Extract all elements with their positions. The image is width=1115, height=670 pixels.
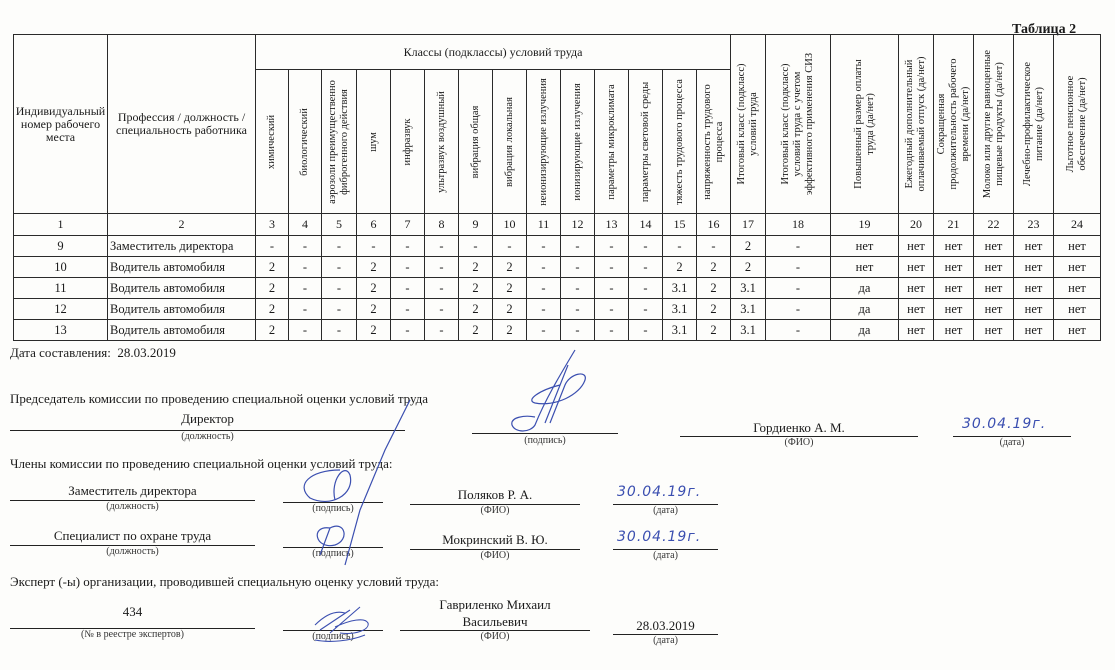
table-cell: - <box>391 236 425 257</box>
table-cell: - <box>425 299 459 320</box>
table-cell: - <box>289 236 322 257</box>
column-number: 12 <box>561 214 595 236</box>
table-cell: - <box>391 320 425 341</box>
table-cell: - <box>527 278 561 299</box>
table-cell: 2 <box>493 278 527 299</box>
table-cell: нет <box>1014 299 1054 320</box>
column-number: 10 <box>493 214 527 236</box>
table-cell: 2 <box>459 299 493 320</box>
header-milk: Молоко или другие равноценные пищевые пр… <box>974 35 1014 214</box>
table-cell: нет <box>899 278 934 299</box>
table-cell: 2 <box>256 257 289 278</box>
table-cell: 2 <box>697 299 731 320</box>
table-cell: нет <box>1054 278 1101 299</box>
table-cell: - <box>391 257 425 278</box>
expert-name-line2: Васильевич <box>400 614 590 630</box>
table-cell: 3.1 <box>731 278 766 299</box>
column-number: 3 <box>256 214 289 236</box>
header-conditions-group: Классы (подклассы) условий труда <box>256 35 731 70</box>
header-factor: биологический <box>289 70 322 214</box>
workplace-number-cell: 13 <box>14 320 108 341</box>
header-increased-pay: Повышенный размер оплаты труда (да/нет) <box>831 35 899 214</box>
table-cell: - <box>629 257 663 278</box>
expert-date-caption: (дата) <box>613 635 718 646</box>
table-cell: нет <box>899 236 934 257</box>
table-cell: - <box>595 278 629 299</box>
table-cell: - <box>425 278 459 299</box>
date-compiled: Дата составления: 28.03.2019 <box>10 345 176 361</box>
header-reduced-hours: Сокращенная продолжительность рабочего в… <box>934 35 974 214</box>
table-cell: нет <box>831 236 899 257</box>
header-factor: вибрация общая <box>459 70 493 214</box>
column-number: 13 <box>595 214 629 236</box>
table-cell: нет <box>974 299 1014 320</box>
table-cell: - <box>527 320 561 341</box>
table-cell: - <box>766 299 831 320</box>
header-factor: неионизирующие излучения <box>527 70 561 214</box>
table-cell: - <box>391 299 425 320</box>
column-number: 17 <box>731 214 766 236</box>
profession-cell: Водитель автомобиля <box>108 299 256 320</box>
column-number: 22 <box>974 214 1014 236</box>
column-number: 24 <box>1054 214 1101 236</box>
column-number: 23 <box>1014 214 1054 236</box>
member-2-name-caption: (ФИО) <box>410 550 580 561</box>
member-2-date-caption: (дата) <box>613 550 718 561</box>
table-cell: - <box>322 257 357 278</box>
table-cell: - <box>697 236 731 257</box>
table-cell: нет <box>974 257 1014 278</box>
table-cell: нет <box>974 278 1014 299</box>
table-cell: 2 <box>459 278 493 299</box>
table-cell: да <box>831 278 899 299</box>
table-cell: - <box>629 320 663 341</box>
header-factor: ионизирующие излучения <box>561 70 595 214</box>
table-cell: - <box>629 236 663 257</box>
table-cell: 2 <box>731 257 766 278</box>
workplace-number-cell: 12 <box>14 299 108 320</box>
table-cell: нет <box>899 299 934 320</box>
chairman-title: Председатель комиссии по проведению спец… <box>10 391 428 407</box>
table-cell: 2 <box>493 299 527 320</box>
member-1-date-caption: (дата) <box>613 505 718 516</box>
table-cell: нет <box>1014 278 1054 299</box>
header-pension: Льготное пенсионное обеспечение (да/нет) <box>1054 35 1101 214</box>
header-final-class-ppe: Итоговый класс (подкласс) условий труда … <box>766 35 831 214</box>
header-factor: напряженность трудового процесса <box>697 70 731 214</box>
column-number: 8 <box>425 214 459 236</box>
header-final-class: Итоговый класс (подкласс) условий труда <box>731 35 766 214</box>
member-2-position-caption: (должность) <box>10 546 255 557</box>
table-row: 12Водитель автомобиля2--2--22----3.123.1… <box>14 299 1101 320</box>
header-factor: вибрация локальная <box>493 70 527 214</box>
table-cell: нет <box>934 278 974 299</box>
table-cell: нет <box>1054 236 1101 257</box>
table-cell: нет <box>899 320 934 341</box>
table-cell: - <box>595 257 629 278</box>
column-number: 14 <box>629 214 663 236</box>
column-number: 18 <box>766 214 831 236</box>
table-cell: - <box>595 236 629 257</box>
table-cell: - <box>459 236 493 257</box>
column-number: 19 <box>831 214 899 236</box>
table-cell: - <box>561 299 595 320</box>
table-row: 11Водитель автомобиля2--2--22----3.123.1… <box>14 278 1101 299</box>
expert-name-caption: (ФИО) <box>400 631 590 642</box>
expert-registry-number: 434 <box>10 604 255 620</box>
member-1-date: 30.04.19г. <box>617 484 701 500</box>
member-2-name: Мокринский В. Ю. <box>410 532 580 548</box>
table-cell: 2 <box>357 320 391 341</box>
header-extra-leave: Ежегодный дополнительный оплачиваемый от… <box>899 35 934 214</box>
column-number: 4 <box>289 214 322 236</box>
table-cell: 2 <box>256 278 289 299</box>
column-number: 21 <box>934 214 974 236</box>
table-cell: 3.1 <box>731 320 766 341</box>
table-cell: - <box>663 236 697 257</box>
expert-signature-icon <box>310 605 380 645</box>
column-number: 11 <box>527 214 561 236</box>
table-cell: - <box>561 257 595 278</box>
header-workplace-number: Индивидуальный номер рабочего места <box>14 35 108 214</box>
member-1-position: Заместитель директора <box>10 483 255 499</box>
table-cell: нет <box>899 257 934 278</box>
chairman-name-caption: (ФИО) <box>680 437 918 448</box>
column-number: 9 <box>459 214 493 236</box>
table-cell: нет <box>1014 236 1054 257</box>
table-row: 10Водитель автомобиля2--2--22----222-нет… <box>14 257 1101 278</box>
header-factor: шум <box>357 70 391 214</box>
table-cell: нет <box>1054 299 1101 320</box>
table-cell: нет <box>934 257 974 278</box>
column-number: 15 <box>663 214 697 236</box>
table-cell: 2 <box>256 299 289 320</box>
column-number: 16 <box>697 214 731 236</box>
table-cell: - <box>629 299 663 320</box>
table-cell: - <box>629 278 663 299</box>
table-cell: - <box>561 278 595 299</box>
table-cell: 2 <box>493 320 527 341</box>
table-cell: - <box>322 236 357 257</box>
table-cell: - <box>766 278 831 299</box>
table-cell: - <box>527 236 561 257</box>
table-cell: - <box>595 299 629 320</box>
profession-cell: Заместитель директора <box>108 236 256 257</box>
table-cell: - <box>322 278 357 299</box>
member-signatures-icon <box>290 440 400 580</box>
table-cell: 2 <box>357 278 391 299</box>
table-cell: нет <box>934 320 974 341</box>
table-cell: - <box>289 320 322 341</box>
header-factor: тяжесть трудового процесса <box>663 70 697 214</box>
table-cell: - <box>425 257 459 278</box>
table-cell: - <box>766 236 831 257</box>
member-1-position-caption: (должность) <box>10 501 255 512</box>
table-cell: - <box>425 236 459 257</box>
header-factor: инфразвук <box>391 70 425 214</box>
table-cell: 2 <box>493 257 527 278</box>
table-cell: 2 <box>697 320 731 341</box>
column-number: 5 <box>322 214 357 236</box>
table-cell: нет <box>974 236 1014 257</box>
member-1-name-caption: (ФИО) <box>410 505 580 516</box>
table-cell: 3.1 <box>731 299 766 320</box>
chairman-date: 30.04.19г. <box>962 416 1046 432</box>
table-cell: - <box>322 299 357 320</box>
expert-name-line1: Гавриленко Михаил <box>400 597 590 613</box>
profession-cell: Водитель автомобиля <box>108 320 256 341</box>
table-cell: 2 <box>256 320 289 341</box>
chairman-date-caption: (дата) <box>953 437 1071 448</box>
table-cell: - <box>527 257 561 278</box>
workplace-number-cell: 11 <box>14 278 108 299</box>
table-cell: 3.1 <box>663 299 697 320</box>
workplace-number-cell: 10 <box>14 257 108 278</box>
table-cell: - <box>595 320 629 341</box>
table-cell: - <box>357 236 391 257</box>
table-cell: нет <box>1014 320 1054 341</box>
table-cell: 2 <box>663 257 697 278</box>
table-cell: нет <box>1054 257 1101 278</box>
table-cell: нет <box>1054 320 1101 341</box>
table-cell: 2 <box>459 320 493 341</box>
member-2-date: 30.04.19г. <box>617 529 701 545</box>
working-conditions-table: Индивидуальный номер рабочего места Проф… <box>13 34 1101 341</box>
header-factor: параметры световой среды <box>629 70 663 214</box>
expert-date: 28.03.2019 <box>613 618 718 634</box>
header-factor: параметры микроклимата <box>595 70 629 214</box>
expert-registry-caption: (№ в реестре экспертов) <box>10 629 255 640</box>
table-cell: 2 <box>697 257 731 278</box>
table-cell: - <box>766 320 831 341</box>
column-number: 20 <box>899 214 934 236</box>
header-factor: аэрозоли преимущественно фиброгенного де… <box>322 70 357 214</box>
chairman-signature-icon <box>500 345 620 435</box>
table-cell: 2 <box>357 257 391 278</box>
column-number: 2 <box>108 214 256 236</box>
table-cell: 3.1 <box>663 320 697 341</box>
table-cell: - <box>493 236 527 257</box>
table-cell: 2 <box>731 236 766 257</box>
table-cell: 2 <box>357 299 391 320</box>
header-therapeutic-food: Лечебно-профилактическое питание (да/нет… <box>1014 35 1054 214</box>
header-factor: химический <box>256 70 289 214</box>
table-cell: - <box>391 278 425 299</box>
table-cell: да <box>831 320 899 341</box>
table-cell: - <box>561 236 595 257</box>
table-cell: нет <box>831 257 899 278</box>
table-cell: да <box>831 299 899 320</box>
table-row: 13Водитель автомобиля2--2--22----3.123.1… <box>14 320 1101 341</box>
table-cell: нет <box>1014 257 1054 278</box>
member-1-name: Поляков Р. А. <box>410 487 580 503</box>
table-cell: - <box>289 299 322 320</box>
table-cell: нет <box>934 299 974 320</box>
chairman-signature-caption: (подпись) <box>472 435 618 446</box>
chairman-position: Директор <box>10 411 405 427</box>
column-number: 7 <box>391 214 425 236</box>
table-cell: 2 <box>697 278 731 299</box>
table-cell: - <box>425 320 459 341</box>
table-cell: - <box>561 320 595 341</box>
table-cell: - <box>527 299 561 320</box>
header-factor: ультразвук воздушный <box>425 70 459 214</box>
workplace-number-cell: 9 <box>14 236 108 257</box>
table-cell: 3.1 <box>663 278 697 299</box>
table-cell: - <box>766 257 831 278</box>
table-row: 9Заместитель директора--------------2-не… <box>14 236 1101 257</box>
column-number: 1 <box>14 214 108 236</box>
header-profession: Профессия / должность / специальность ра… <box>108 35 256 214</box>
table-cell: - <box>322 320 357 341</box>
chairman-name: Гордиенко А. М. <box>680 420 918 436</box>
profession-cell: Водитель автомобиля <box>108 278 256 299</box>
table-cell: - <box>289 257 322 278</box>
member-2-position: Специалист по охране труда <box>10 528 255 544</box>
table-cell: нет <box>934 236 974 257</box>
column-number: 6 <box>357 214 391 236</box>
table-cell: - <box>256 236 289 257</box>
table-cell: 2 <box>459 257 493 278</box>
profession-cell: Водитель автомобиля <box>108 257 256 278</box>
table-cell: нет <box>974 320 1014 341</box>
table-cell: - <box>289 278 322 299</box>
